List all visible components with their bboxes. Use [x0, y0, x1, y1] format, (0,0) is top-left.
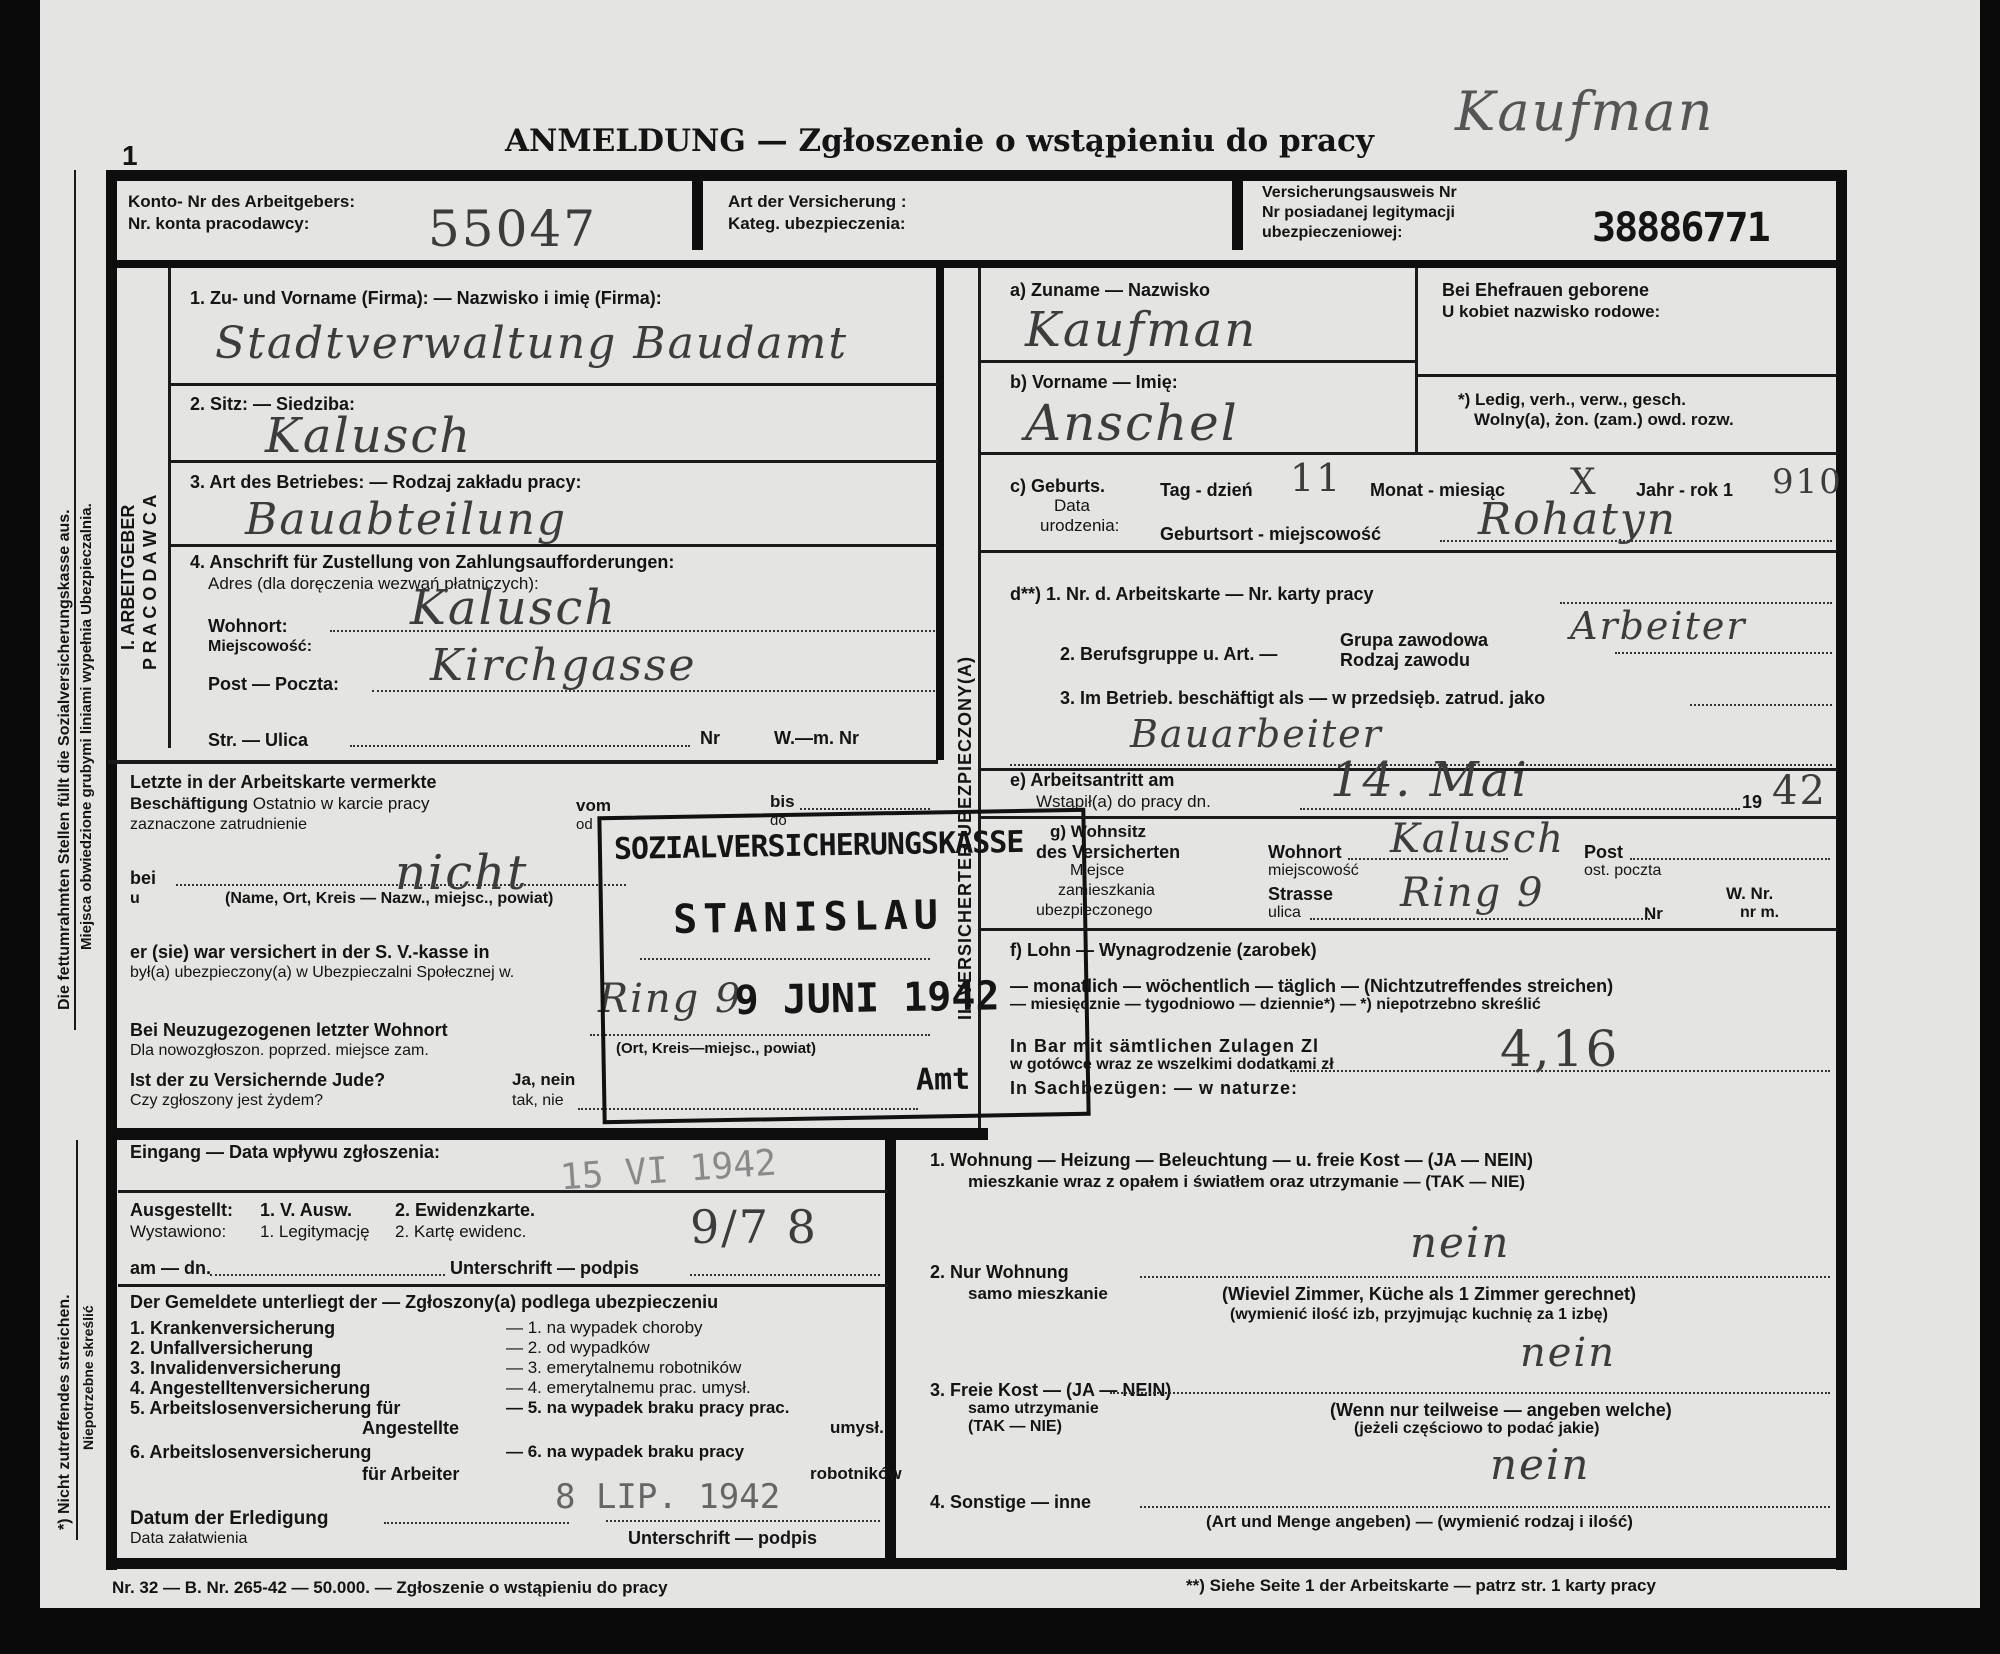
ausweis-label-3: ubezpieczeniowej:: [1262, 224, 1402, 242]
wohnsitz-label-3: Miejsce: [1070, 862, 1124, 880]
im-betrieb-label: 3. Im Betrieb. beschäftigt als — w przed…: [1060, 688, 1545, 709]
employer-wohnort-label-de: Wohnort:: [208, 616, 288, 637]
frame-right: [1836, 170, 1847, 1570]
lohn-period-pl: — miesięcznie — tygodniowo — dziennie*) …: [1010, 996, 1541, 1014]
ledig-label-de: *) Ledig, verh., verw., gesch.: [1458, 390, 1686, 410]
employer-wohnort-value: Kalusch: [410, 580, 617, 636]
erledigung-sign-dots: [606, 1520, 880, 1522]
insured-wohnort-label-pl: miejscowość: [1268, 862, 1359, 880]
berufsgruppe-dots: [1615, 652, 1832, 654]
unterschrift-dots: [690, 1274, 880, 1276]
am-label: am — dn.: [130, 1258, 211, 1279]
benefit-2-value: nein: [1520, 1330, 1616, 1376]
geburts-label-3: urodzenia:: [1040, 516, 1119, 536]
office-right-border: [885, 1128, 896, 1568]
zuname-line: [980, 360, 1417, 363]
office-top-line: [108, 1128, 988, 1140]
ausgestellt-value: 9/7 8: [690, 1200, 818, 1254]
insured-post-label-pl: ost. poczta: [1584, 862, 1661, 880]
jude-label-pl: Czy zgłoszony jest żydem?: [130, 1092, 323, 1110]
geburts-line: [980, 550, 1837, 553]
u-label: u: [130, 890, 140, 908]
insurance-pl-6b: robotników: [810, 1464, 902, 1484]
prev-label-2-de: Beschäftigung: [130, 794, 248, 813]
frame-bottom: [106, 1558, 1847, 1569]
am-dots: [210, 1274, 445, 1276]
employer-wohnort-dots: [330, 630, 935, 632]
grupa-label-2: Rodzaj zawodu: [1340, 650, 1470, 671]
tak-nie-label: tak, nie: [512, 1092, 564, 1110]
konto-value: 55047: [428, 200, 597, 258]
insured-wnr-label-pl: nr m.: [1740, 904, 1779, 922]
document-title: ANMELDUNG — Zgłoszenie o wstąpieniu do p…: [505, 124, 1374, 160]
side-note-bottom-de: *) Nicht zutreffendes streichen.: [56, 1140, 74, 1530]
vorname-label: b) Vorname — Imię:: [1010, 372, 1178, 393]
footer-left: Nr. 32 — B. Nr. 265-42 — 50.000. — Zgłos…: [112, 1578, 668, 1598]
insurance-pl-1: — 1. na wypadek choroby: [506, 1318, 703, 1338]
antritt-dots: [1300, 808, 1740, 810]
versicherung-label-de: Art der Versicherung :: [728, 192, 907, 212]
od-label: od: [576, 816, 593, 833]
ja-nein-label: Ja, nein: [512, 1070, 575, 1090]
prev-label-3: zaznaczone zatrudnienie: [130, 816, 307, 834]
employer-section-label-pl: P R A C O D A W C A: [140, 380, 161, 670]
jude-label-de: Ist der zu Versichernde Jude?: [130, 1070, 385, 1091]
insured-wohnort-label-de: Wohnort: [1268, 842, 1342, 863]
bei-label: bei: [130, 868, 156, 889]
page-number: 1: [122, 140, 138, 172]
benefit-4-dots: [1140, 1506, 1830, 1508]
sitz-value: Kalusch: [265, 408, 472, 464]
insured-wnr-label-de: W. Nr.: [1726, 884, 1773, 904]
wohnsitz-label-4: zamieszkania: [1058, 882, 1155, 900]
scan-border-bottom: [0, 1608, 2000, 1654]
footer-right: **) Siehe Seite 1 der Arbeitskarte — pat…: [1186, 1576, 1656, 1596]
bis-dots: [800, 808, 930, 810]
wohnsitz-bottom-line: [980, 928, 1837, 931]
employer-post-value: Kirchgasse: [430, 640, 697, 691]
benefit-2-pl: samo mieszkanie: [968, 1284, 1108, 1304]
employer-label-divider: [168, 268, 171, 748]
benefit-1-pl: mieszkanie wraz z opałem i światłem oraz…: [968, 1172, 1525, 1192]
employer-row-line-3: [170, 544, 938, 547]
insurance-pl-3: — 3. emerytalnemu robotników: [506, 1358, 741, 1378]
insured-nr-label: Nr: [1644, 904, 1663, 924]
erledigung-stamp: 8 LIP. 1942: [555, 1478, 780, 1517]
top-handwriting: Kaufman: [1455, 80, 1714, 143]
neu-wohnort-label-pl: Dla nowozgłoszon. poprzed. miejsce zam.: [130, 1042, 429, 1060]
opt2-pl: 2. Kartę ewidenc.: [395, 1222, 526, 1242]
employer-post-dots: [372, 690, 935, 692]
benefit-3-de: 3. Freie Kost — (JA — NEIN): [930, 1380, 1171, 1401]
benefit-2-dots: [1140, 1276, 1830, 1278]
antritt-year-prefix: 19: [1742, 792, 1762, 813]
anschrift-label-de: 4. Anschrift für Zustellung von Zahlungs…: [190, 552, 674, 573]
geburtsort-value: Rohatyn: [1478, 494, 1677, 545]
unterliegt-label: Der Gemeldete unterliegt der — Zgłoszony…: [130, 1292, 718, 1313]
insured-strasse-label-de: Strasse: [1268, 884, 1333, 905]
ehefrauen-label-de: Bei Ehefrauen geborene: [1442, 280, 1649, 301]
berufsgruppe-label: 2. Berufsgruppe u. Art. —: [1060, 644, 1277, 665]
benefit-1-value: nein: [1410, 1218, 1510, 1267]
unterschrift-label: Unterschrift — podpis: [450, 1258, 639, 1279]
insurance-de-5: 5. Arbeitslosenversicherung für: [130, 1398, 400, 1419]
side-note-bottom-pl: Niepotrzebne skreślić: [80, 1160, 96, 1450]
antritt-label-de: e) Arbeitsantritt am: [1010, 770, 1174, 791]
insured-strasse-label-pl: ulica: [1268, 904, 1301, 922]
insurance-de-1: 1. Krankenversicherung: [130, 1318, 335, 1339]
ledig-label-pl: Wolny(a), żon. (zam.) owd. rozw.: [1474, 410, 1734, 430]
erledigung-label-pl: Data załatwienia: [130, 1530, 247, 1548]
antritt-label-pl: Wstąpił(a) do pracy dn.: [1036, 792, 1211, 812]
prev-label-2-pl: Ostatnio w karcie pracy: [253, 794, 430, 813]
tag-label: Tag - dzień: [1160, 480, 1253, 501]
lohn-label: f) Lohn — Wynagrodzenie (zarobek): [1010, 940, 1317, 961]
benefit-3-value: nein: [1490, 1440, 1590, 1489]
benefit-3-pl-1: samo utrzymanie: [968, 1400, 1099, 1418]
insurance-de-3: 3. Invalidenversicherung: [130, 1358, 341, 1379]
frame-left: [106, 170, 117, 1570]
office-mid-line: [118, 1284, 888, 1287]
side-note-top-de: Die fettumrahmten Stellen füllt die Sozi…: [56, 170, 74, 1010]
konto-label-de: Konto- Nr des Arbeitgebers:: [128, 192, 355, 212]
von-label: vom: [576, 796, 611, 816]
side-note-top-pl: Miejsca obwiedzione grubymi liniami wype…: [78, 170, 95, 950]
zuname-label: a) Zuname — Nazwisko: [1010, 280, 1210, 301]
grupa-label-1: Grupa zawodowa: [1340, 630, 1488, 651]
insurance-de-5b: Angestellte: [362, 1418, 459, 1439]
betrieb-value: Bauabteilung: [245, 494, 567, 545]
bar-value: 4,16: [1500, 1020, 1619, 1078]
benefit-2-de: 2. Nur Wohnung: [930, 1262, 1069, 1283]
header-bottom: [106, 260, 1846, 268]
employer-row-line-2: [170, 460, 938, 463]
benefit-1-de: 1. Wohnung — Heizung — Beleuchtung — u. …: [930, 1150, 1533, 1171]
insurance-de-6: 6. Arbeitslosenversicherung: [130, 1442, 371, 1463]
benefit-3-dots: [1110, 1392, 1830, 1394]
opt1-pl: 1. Legitymację: [260, 1222, 370, 1242]
middle-divider-top: [936, 260, 944, 760]
eingang-label: Eingang — Data wpływu zgłoszenia:: [130, 1142, 440, 1163]
insurance-de-4: 4. Angestelltenversicherung: [130, 1378, 370, 1399]
employer-strasse-dots: [350, 745, 690, 747]
insurance-de-2: 2. Unfallversicherung: [130, 1338, 313, 1359]
employer-bottom-line: [108, 760, 938, 764]
ausweis-value: 38886771: [1592, 205, 1769, 251]
opt1-de: 1. V. Ausw.: [260, 1200, 352, 1221]
ehefrauen-line: [1417, 374, 1837, 377]
side-divider-top: [74, 170, 76, 1030]
neu-wohnort-label-de: Bei Neuzugezogenen letzter Wohnort: [130, 1020, 448, 1041]
antritt-year-value: 42: [1772, 768, 1827, 814]
benefit-4-hint: (Art und Menge angeben) — (wymienić rodz…: [1206, 1512, 1633, 1532]
erledigung-label-de: Datum der Erledigung: [130, 1508, 328, 1530]
employer-section-label-de: I. ARBEITGEBER: [118, 380, 139, 650]
benefit-2-hint-pl: (wymienić ilość izb, przyjmując kuchnię …: [1230, 1306, 1608, 1324]
benefit-3-hint-de: (Wenn nur teilweise — angeben welche): [1330, 1400, 1672, 1421]
bar-label-pl: w gotówce wraz ze wszelkimi dodatkami zł: [1010, 1056, 1334, 1074]
bis-label: bis: [770, 792, 795, 812]
benefit-2-hint-de: (Wieviel Zimmer, Küche als 1 Zimmer gere…: [1222, 1284, 1636, 1305]
arbeitskarte-label: d**) 1. Nr. d. Arbeitskarte — Nr. karty …: [1010, 584, 1373, 605]
kasse-label-pl: był(a) ubezpieczony(a) w Ubezpieczalni S…: [130, 964, 514, 982]
ausweis-label-1: Versicherungsausweis Nr: [1262, 184, 1457, 202]
benefit-3-hint-pl: (jeżeli częściowo to podać jakie): [1354, 1420, 1599, 1438]
erledigung-signature: Unterschrift — podpis: [628, 1528, 817, 1549]
geburts-label-2: Data: [1054, 496, 1090, 516]
benefit-3-pl-2: (TAK — NIE): [968, 1418, 1062, 1436]
insurance-pl-2: — 2. od wypadków: [506, 1338, 650, 1358]
employer-post-label: Post — Poczta:: [208, 674, 339, 695]
employer-name-label: 1. Zu- und Vorname (Firma): — Nazwisko i…: [190, 288, 662, 309]
name-hint: (Name, Ort, Kreis — Nazw., miejsc., powi…: [225, 890, 553, 908]
insured-wohnort-value: Kalusch: [1390, 816, 1565, 862]
geburtsort-label: Geburtsort - miejscowość: [1160, 524, 1381, 545]
zuname-value: Kaufman: [1025, 302, 1257, 358]
employer-name-value: Stadtverwaltung Baudamt: [215, 318, 848, 369]
im-betrieb-dots: [1690, 704, 1832, 706]
jahr-value: 910: [1772, 462, 1843, 502]
stamp-line-2: STANISLAU: [673, 892, 945, 943]
lohn-period-de: — monatlich — wöchentlich — täglich — (N…: [1010, 976, 1613, 997]
employer-row-line-1: [170, 383, 938, 386]
geburts-label-1: c) Geburts.: [1010, 476, 1105, 497]
bar-label-de: In Bar mit sämtlichen Zulagen Zl: [1010, 1036, 1319, 1057]
opt2-de: 2. Ewidenzkarte.: [395, 1200, 535, 1221]
insured-strasse-value: Ring 9: [1400, 870, 1544, 916]
benefit-4-label: 4. Sonstige — inne: [930, 1492, 1091, 1513]
wystawiono-label: Wystawiono:: [130, 1222, 226, 1242]
header-divider-1: [692, 170, 703, 250]
stamp-line-4: Amt: [916, 1062, 971, 1098]
insurance-pl-4: — 4. emerytalnemu prac. umysł.: [506, 1378, 751, 1398]
sach-label: In Sachbezügen: — w naturze:: [1010, 1078, 1298, 1099]
insurance-pl-5: — 5. na wypadek braku pracy prac.: [506, 1398, 789, 1418]
frame-top: [106, 170, 1846, 181]
employer-strasse-label: Str. — Ulica: [208, 730, 308, 751]
side-divider-bottom: [76, 1140, 78, 1540]
berufsgruppe-value: Arbeiter: [1570, 604, 1747, 648]
prev-label-2: Beschäftigung Ostatnio w karcie pracy: [130, 794, 429, 814]
betrieb-label: 3. Art des Betriebes: — Rodzaj zakładu p…: [190, 472, 581, 493]
insured-post-dots: [1630, 858, 1830, 860]
employer-wohnort-label-pl: Miejscowość:: [208, 638, 312, 656]
wohnsitz-label-5: ubezpieczonego: [1036, 902, 1153, 920]
kasse-label-de: er (sie) war versichert in der S. V.-kas…: [130, 942, 490, 963]
header-divider-2: [1232, 170, 1243, 250]
im-betrieb-value: Bauarbeiter: [1130, 712, 1383, 756]
employer-nr-label: Nr: [700, 728, 720, 749]
vorname-value: Anschel: [1025, 394, 1239, 452]
prev-label-1: Letzte in der Arbeitskarte vermerkte: [130, 772, 436, 793]
employer-wm-label: W.—m. Nr: [774, 728, 859, 749]
insurance-de-6b: für Arbeiter: [362, 1464, 459, 1485]
konto-label-pl: Nr. konta pracodawcy:: [128, 214, 309, 234]
insured-section-label: II. VERSICHERTER UBEZPIECZONY(A): [955, 420, 976, 1020]
insurance-pl-6: — 6. na wypadek braku pracy: [506, 1442, 744, 1462]
ausweis-label-2: Nr posiadanej legitymacji: [1262, 204, 1455, 222]
ehefrauen-label-pl: U kobiet nazwisko rodowe:: [1442, 302, 1660, 322]
insurance-pl-5b: umysł.: [830, 1418, 884, 1438]
vorname-line: [980, 452, 1837, 455]
official-stamp: SOZIALVERSICHERUNGSKASSE STANISLAU 9 JUN…: [597, 808, 1090, 1124]
erledigung-dots: [384, 1522, 569, 1524]
insured-post-label-de: Post: [1584, 842, 1623, 863]
tag-value: 11: [1290, 456, 1342, 500]
eingang-line: [118, 1190, 888, 1193]
antritt-value: 14. Mai: [1330, 752, 1529, 808]
ausgestellt-label: Ausgestellt:: [130, 1200, 233, 1221]
versicherung-label-pl: Kateg. ubezpieczenia:: [728, 214, 906, 234]
insured-strasse-dots: [1310, 918, 1650, 920]
wohnsitz-label-1: g) Wohnsitz: [1050, 822, 1146, 842]
wohnsitz-label-2: des Versicherten: [1036, 842, 1180, 863]
